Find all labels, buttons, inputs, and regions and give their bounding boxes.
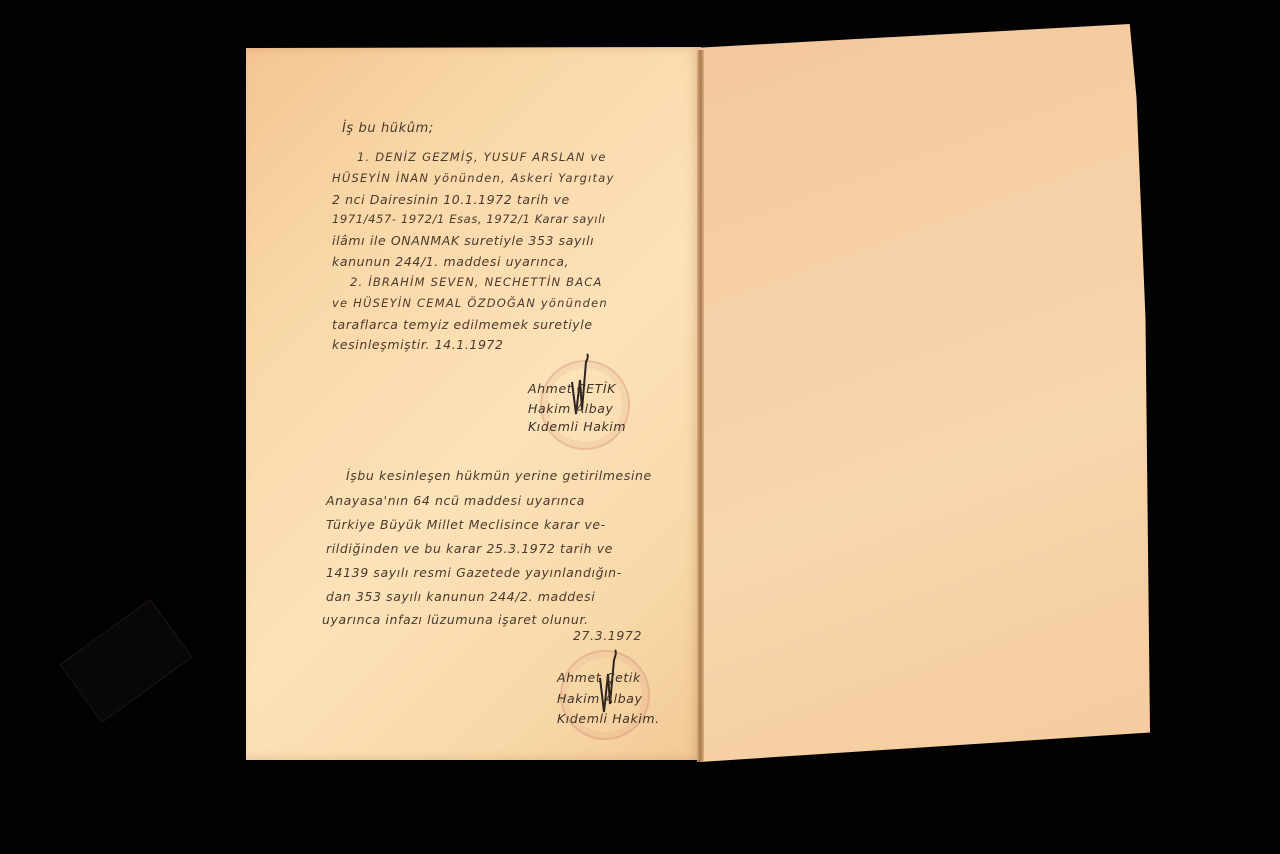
signatory-title: Kıdemli Hakim. — [557, 713, 660, 726]
execution-line: 14139 sayılı resmi Gazetede yayınlandığı… — [326, 567, 622, 580]
execution-line: dan 353 sayılı kanunun 244/2. maddesi — [326, 591, 595, 604]
execution-line: rildiğinden ve bu karar 25.3.1972 tarih … — [326, 543, 613, 556]
item1-line: 1. DENİZ GEZMİŞ, YUSUF ARSLAN ve — [357, 152, 607, 164]
photo-scene: İş bu hükûm; 1. DENİZ GEZMİŞ, YUSUF ARSL… — [0, 0, 1280, 854]
section-heading: İş bu hükûm; — [342, 122, 434, 135]
item2-line: ve HÜSEYİN CEMAL ÖZDOĞAN yönünden — [332, 298, 608, 310]
signatory-name: Ahmet ÇETİK — [528, 383, 616, 396]
background-card-outline — [60, 599, 193, 723]
item2-line: 2. İBRAHİM SEVEN, NECHETTİN BACA — [350, 277, 603, 289]
signatory-rank: Hakim Albay — [557, 693, 643, 706]
item2-line: taraflarca temyiz edilmemek suretiyle — [332, 319, 593, 332]
signatory-name: Ahmet Çetik — [557, 672, 641, 685]
item1-line: ilâmı ile ONANMAK suretiyle 353 sayılı — [332, 235, 594, 248]
item2-line: kesinleşmiştir. 14.1.1972 — [332, 339, 504, 352]
item1-line: HÜSEYİN İNAN yönünden, Askeri Yargıtay — [332, 173, 614, 185]
execution-line: Anayasa'nın 64 ncü maddesi uyarınca — [326, 495, 585, 508]
execution-line: İşbu kesinleşen hükmün yerine getirilmes… — [346, 470, 652, 483]
execution-line: Türkiye Büyük Millet Meclisince karar ve… — [326, 519, 606, 532]
item1-line: 1971/457- 1972/1 Esas, 1972/1 Karar sayı… — [332, 214, 606, 226]
item1-line: kanunun 244/1. maddesi uyarınca, — [332, 256, 569, 269]
page-fold-spine — [697, 50, 704, 762]
item1-line: 2 nci Dairesinin 10.1.1972 tarih ve — [332, 194, 570, 207]
execution-date: 27.3.1972 — [573, 630, 642, 643]
signatory-title: Kıdemli Hakim — [528, 421, 626, 434]
right-blank-page — [700, 24, 1150, 762]
signatory-rank: Hakim Albay — [528, 403, 614, 416]
execution-line: uyarınca infazı lüzumuna işaret olunur. — [322, 614, 589, 627]
